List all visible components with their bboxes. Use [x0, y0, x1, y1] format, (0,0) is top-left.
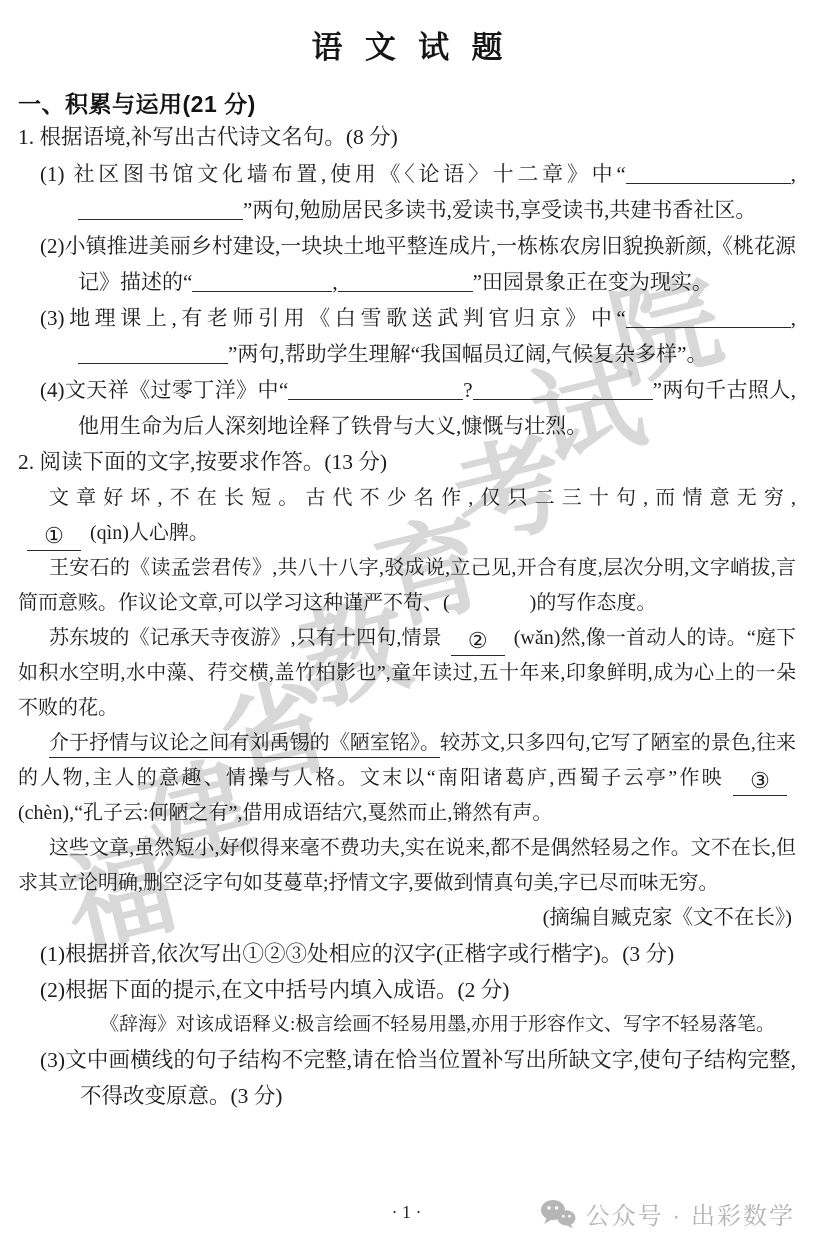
passage-paragraph-1-line-1: 文章好坏,不在长短。古代不少名作,仅只二三十句,而情意无穷,	[18, 481, 796, 516]
passage-text: (chèn),“孔子云:何陋之有”,借用成语结穴,戛然而止,锵然有声。	[18, 802, 552, 824]
passage-paragraph-4: 介于抒情与议论之间有刘禹锡的《陋室铭》。较苏文,只多四句,它写了陋室的景色,往来…	[18, 726, 796, 831]
item-text: ”两句,勉励居民多读书,爱读书,享受读书,共建书香社区。	[243, 198, 756, 222]
item-text: ”两句,帮助学生理解“我国幅员辽阔,气候复杂多样”。	[228, 342, 707, 366]
underlined-sentence: 介于抒情与议论之间有刘禹锡的《陋室铭》。	[49, 732, 440, 758]
exam-title: 语文试题	[18, 22, 796, 67]
passage-text: 苏东坡的《记承天寺夜游》,只有十四句,情景	[49, 627, 442, 649]
question-2-sub-3: (3)文中画横线的句子结构不完整,请在恰当位置补写出所缺文字,使句子结构完整,不…	[40, 1042, 796, 1114]
item-text: ?	[463, 378, 472, 402]
reading-passage: 文章好坏,不在长短。古代不少名作,仅只二三十句,而情意无穷, ①(qìn)人心脾…	[18, 481, 796, 936]
item-text: ,	[791, 306, 796, 330]
exam-page: 福 建 省 教 育 考 试 院 语文试题 一、积累与运用(21 分) 1. 根据…	[0, 0, 813, 1239]
answer-blank	[626, 322, 791, 328]
circled-number-blank-1: ①	[27, 523, 81, 551]
answer-blank	[626, 178, 791, 184]
passage-paragraph-1-line-2: ①(qìn)人心脾。	[18, 516, 796, 551]
answer-blank	[78, 214, 243, 220]
circled-number-blank-3: ③	[733, 768, 787, 796]
answer-blank	[78, 358, 228, 364]
cihai-definition-note: 《辞海》对该成语释义:极言绘画不轻易用墨,亦用于形容作文、写字不轻易落笔。	[100, 1008, 796, 1042]
question-2-sub-2: (2)根据下面的提示,在文中括号内填入成语。(2 分)	[40, 972, 796, 1008]
answer-blank	[473, 394, 653, 400]
passage-paragraph-2: 王安石的《读孟尝君传》,共八十八字,驳成说,立己见,开合有度,层次分明,文字峭拔…	[18, 551, 796, 621]
item-text: ”田园景象正在变为现实。	[473, 270, 713, 294]
exam-content: 语文试题 一、积累与运用(21 分) 1. 根据语境,补写出古代诗文名句。(8 …	[0, 0, 813, 1114]
item-text: (1) 社区图书馆文化墙布置,使用《〈论语〉十二章》中“	[40, 162, 626, 186]
footer-brand: 公众号 · 出彩数学	[540, 1196, 795, 1231]
answer-blank	[288, 394, 463, 400]
question-1-item-2: (2)小镇推进美丽乡村建设,一块块土地平整连成片,一栋栋农房旧貌换新颜,《桃花源…	[40, 228, 796, 300]
question-1-item-1: (1) 社区图书馆文化墙布置,使用《〈论语〉十二章》中“,”两句,勉励居民多读书…	[40, 156, 796, 228]
section-heading: 一、积累与运用(21 分)	[18, 89, 796, 119]
item-text: (4)文天祥《过零丁洋》中“	[40, 378, 288, 402]
footer-brand-text: 公众号 · 出彩数学	[586, 1196, 795, 1231]
passage-paragraph-3: 苏东坡的《记承天寺夜游》,只有十四句,情景②(wǎn)然,像一首动人的诗。“庭下…	[18, 621, 796, 726]
passage-text: (qìn)人心脾。	[90, 522, 209, 544]
wechat-icon	[540, 1199, 576, 1229]
answer-blank	[338, 286, 473, 292]
item-text: (3)地理课上,有老师引用《白雪歌送武判官归京》中“	[40, 306, 626, 330]
item-text: ,	[791, 162, 796, 186]
question-2-sub-1: (1)根据拼音,依次写出①②③处相应的汉字(正楷字或行楷字)。(3 分)	[40, 936, 796, 972]
question-1-stem: 1. 根据语境,补写出古代诗文名句。(8 分)	[18, 119, 796, 156]
question-2-stem: 2. 阅读下面的文字,按要求作答。(13 分)	[18, 444, 796, 481]
passage-attribution: (摘编自臧克家《文不在长》)	[18, 901, 796, 936]
question-1-item-4: (4)文天祥《过零丁洋》中“?”两句千古照人,他用生命为后人深刻地诠释了铁骨与大…	[40, 372, 796, 444]
question-1-item-3: (3)地理课上,有老师引用《白雪歌送武判官归京》中“,”两句,帮助学生理解“我国…	[40, 300, 796, 372]
answer-blank	[192, 286, 332, 292]
circled-number-blank-2: ②	[451, 628, 505, 656]
passage-paragraph-5: 这些文章,虽然短小,好似得来毫不费功夫,实在说来,都不是偶然轻易之作。文不在长,…	[18, 831, 796, 901]
